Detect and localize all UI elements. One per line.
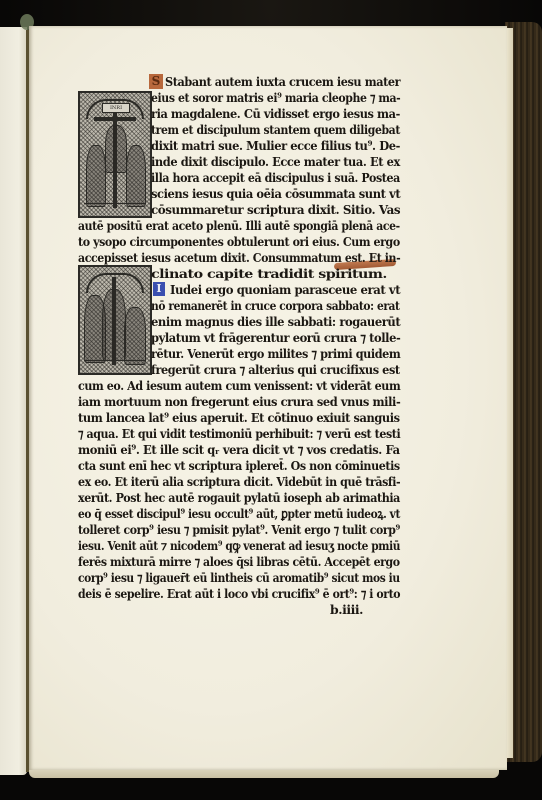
text-line: enim magnus dies ille sabbati: rogauerūt <box>151 314 400 330</box>
figure-john <box>126 145 146 207</box>
text-line: to ysopo circumponentes obtulerunt ori e… <box>78 234 400 250</box>
text-line: pylatum vt frāgerentur eorū crura ⁊ toll… <box>151 330 400 346</box>
text-line: illa hora accepit eā discipulus i suā. P… <box>151 170 400 186</box>
signature-mark: b.iiii. <box>330 602 363 618</box>
figure-christ <box>105 125 127 173</box>
text-line: fregerūt crura ⁊ alterius qui crucifixus… <box>151 362 400 378</box>
rubricated-initial-s: S <box>149 74 163 89</box>
text-line: tolleret corp⁹ iesu ⁊ pmisit pylat⁹. Ven… <box>78 522 400 538</box>
verso-page-edge <box>0 27 27 775</box>
text-line: trem et discipulum stantem quem diligeba… <box>151 122 400 138</box>
text-line: moniū ei⁹. Et ille scit qᵣ vera dicit vt… <box>78 442 400 458</box>
text-line: autē positū erat aceto plenū. Illi autē … <box>78 218 400 234</box>
text-line: eius et soror matris ei⁹ maria cleophe ⁊… <box>151 90 400 106</box>
text-line: iam mortuum non fregerunt eius crura sed… <box>78 394 400 410</box>
figure-nicodemus <box>124 307 146 365</box>
text-line: eo q̄ esset discipul⁹ iesu occult⁹ aūt, … <box>78 506 400 522</box>
text-line: ⁊ aqua. Et qui vidit testimoniū perhibui… <box>78 426 400 442</box>
text-line: cum eo. Ad iesum autem cum venissent: vt… <box>78 378 400 394</box>
text-line: rētur. Venerūt ergo milites ⁊ primi quid… <box>151 346 400 362</box>
text-line: ria magdalene. Cū vidisset ergo iesus ma… <box>151 106 400 122</box>
deposition-woodcut <box>78 265 152 375</box>
text-line: dixit matri sue. Mulier ecce filius tu⁹.… <box>151 138 400 154</box>
woodcut-base <box>84 203 146 212</box>
rubricated-initial-i: I <box>153 282 165 296</box>
text-line: tum lancea lat⁹ eius aperuit. Et cōtinuo… <box>78 410 400 426</box>
text-line: corp⁹ iesu ⁊ ligauer̄t eū lintheis cū ar… <box>78 570 400 586</box>
ladder-base <box>84 360 146 369</box>
figure-mary <box>86 145 106 207</box>
text-line: inde dixit discipulo. Ecce mater tua. Et… <box>151 154 400 170</box>
text-line: Iudei ergo quoniam parasceue erat vt <box>170 282 400 298</box>
text-line: xerūt. Post hec autē rogauit pylatū iose… <box>78 490 400 506</box>
figure-christ-body <box>102 289 126 361</box>
cross-beam-icon <box>94 117 136 121</box>
text-line: iesu. Venit aūt ⁊ nicodem⁹ qꝙ venerat ad… <box>78 538 400 554</box>
titulus-inscription: INRI <box>102 103 130 113</box>
text-line: cōsummaretur scriptura dixit. Sitio. Vas <box>151 202 400 218</box>
text-line: clinato capite tradidit spiritum. <box>151 266 387 282</box>
text-line: Stabant autem iuxta crucem iesu mater <box>165 74 400 90</box>
text-line: deis ē sepelire. Erat aūt i loco vbi cru… <box>78 586 400 602</box>
text-line: sciens iesus quia oēia cōsummata sunt vt <box>151 186 400 202</box>
text-line: ferēs mixturā mirre ⁊ aloes q̄si libras … <box>78 554 400 570</box>
text-line: nō remanerēt in cruce corpora sabbato: e… <box>151 298 400 314</box>
text-line: accepisset iesus acetum dixit. Consummat… <box>78 250 400 266</box>
text-line: cta sunt enī hec vt scriptura ipleret̄.… <box>78 458 400 474</box>
crucifixion-woodcut: INRI <box>78 91 152 218</box>
text-line: ex eo. Et iterū alia scriptura dicit. Vi… <box>78 474 400 490</box>
